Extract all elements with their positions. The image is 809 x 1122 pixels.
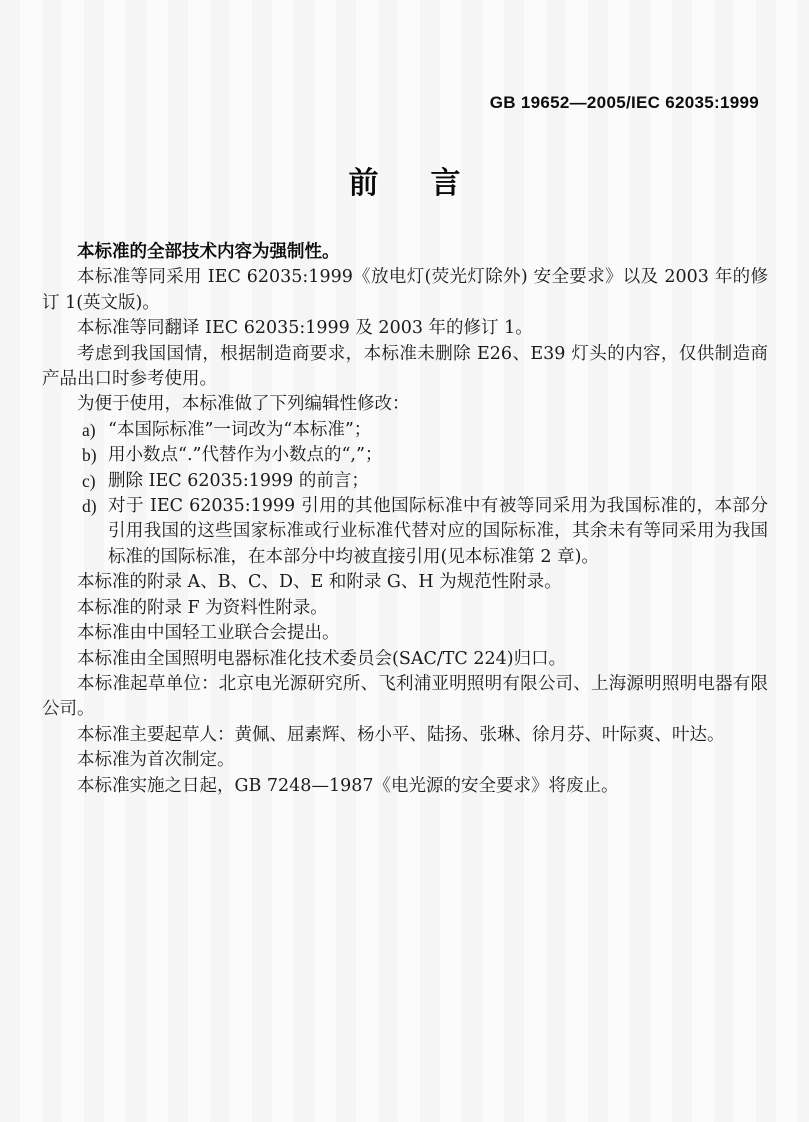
paragraph-drafters: 本标准主要起草人：黄佩、屈素辉、杨小平、陆扬、张琳、徐月芬、叶际爽、叶达。 [42, 723, 768, 748]
paragraph-supersedes: 本标准实施之日起，GB 7248—1987《电光源的安全要求》将废止。 [42, 774, 768, 799]
list-text-c: 删除 IEC 62035:1999 的前言； [108, 469, 768, 494]
list-text-a: “本国际标准”一词改为“本标准”； [108, 418, 768, 443]
foreword-body: 本标准的全部技术内容为强制性。 本标准等同采用 IEC 62035:1999《放… [42, 240, 768, 799]
title-char-first: 前 [349, 166, 379, 201]
paragraph-first-edition: 本标准为首次制定。 [42, 748, 768, 773]
list-marker-b: b) [82, 443, 108, 468]
list-item-a: a) “本国际标准”一词改为“本标准”； [42, 418, 768, 443]
list-item-b: b) 用小数点“.”代替作为小数点的“,”； [42, 443, 768, 468]
paragraph-proposed-by: 本标准由中国轻工业联合会提出。 [42, 621, 768, 646]
list-item-d: d) 对于 IEC 62035:1999 引用的其他国际标准中有被等同采用为我国… [42, 494, 768, 570]
list-marker-d: d) [82, 494, 108, 570]
paragraph-editorial-intro: 为便于使用，本标准做了下列编辑性修改： [42, 392, 768, 417]
title-char-second: 言 [431, 166, 461, 201]
list-text-b: 用小数点“.”代替作为小数点的“,”； [108, 443, 768, 468]
scanned-document-page: GB 19652—2005/IEC 62035:1999 前言 本标准的全部技术… [0, 0, 809, 1122]
list-item-c: c) 删除 IEC 62035:1999 的前言； [42, 469, 768, 494]
paragraph-mandatory-note: 本标准的全部技术内容为强制性。 [42, 240, 768, 265]
standard-code-header: GB 19652—2005/IEC 62035:1999 [490, 93, 759, 113]
paragraph-national-conditions: 考虑到我国国情，根据制造商要求，本标准未删除 E26、E39 灯头的内容，仅供制… [42, 342, 768, 393]
page-title: 前言 [0, 164, 809, 203]
list-text-d: 对于 IEC 62035:1999 引用的其他国际标准中有被等同采用为我国标准的… [108, 494, 768, 570]
paragraph-adoption: 本标准等同采用 IEC 62035:1999《放电灯(荧光灯除外) 安全要求》以… [42, 265, 768, 316]
paragraph-translation: 本标准等同翻译 IEC 62035:1999 及 2003 年的修订 1。 [42, 316, 768, 341]
paragraph-informative-annex: 本标准的附录 F 为资料性附录。 [42, 596, 768, 621]
paragraph-drafting-organizations: 本标准起草单位：北京电光源研究所、飞利浦亚明照明有限公司、上海源明照明电器有限公… [42, 672, 768, 723]
paragraph-normative-annexes: 本标准的附录 A、B、C、D、E 和附录 G、H 为规范性附录。 [42, 570, 768, 595]
list-marker-c: c) [82, 469, 108, 494]
list-marker-a: a) [82, 418, 108, 443]
paragraph-committee: 本标准由全国照明电器标准化技术委员会(SAC/TC 224)归口。 [42, 647, 768, 672]
